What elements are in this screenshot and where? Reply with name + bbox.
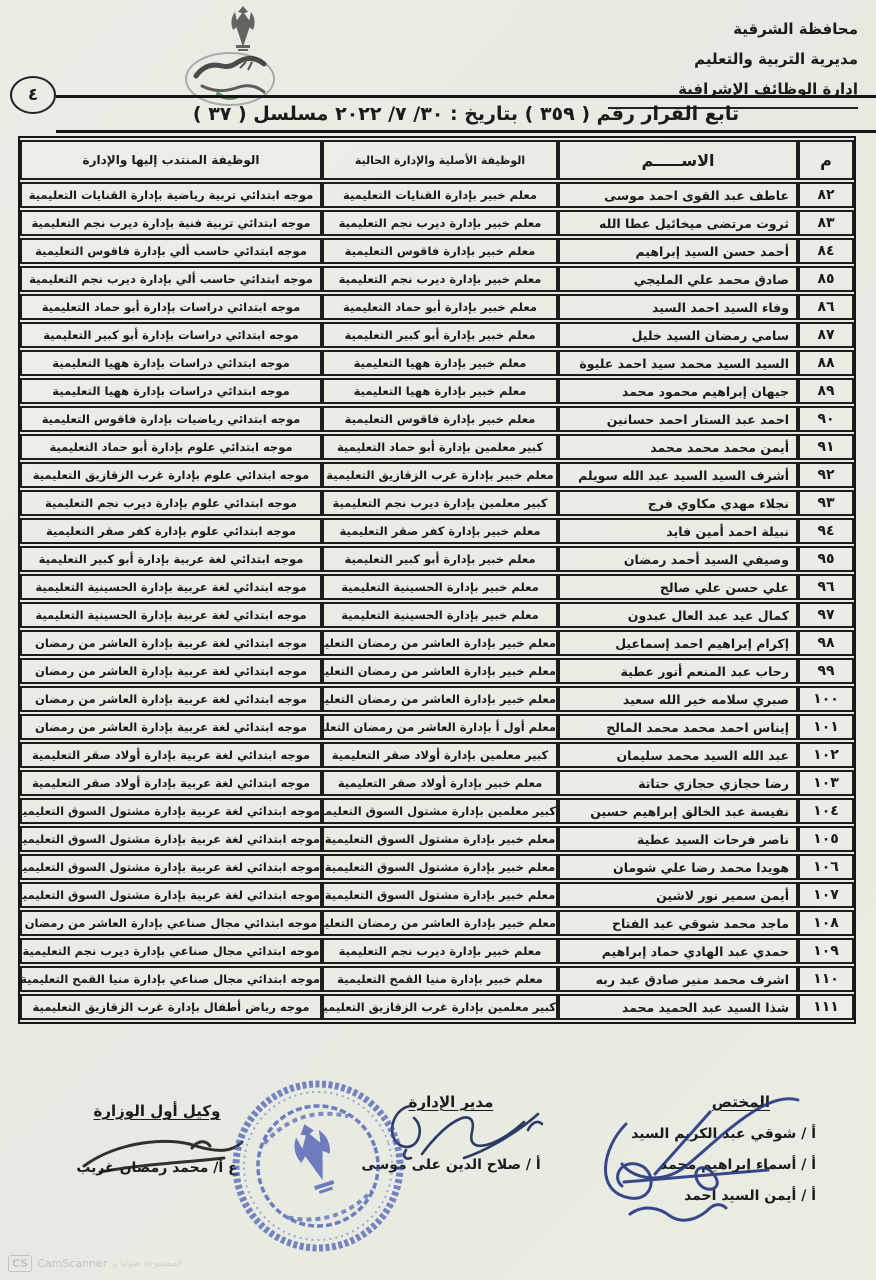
- row-current-job: معلم خبير بإدارة القنايات التعليمية: [322, 182, 558, 208]
- row-name: ثروت مرتضى ميخائيل عطا الله: [558, 210, 798, 236]
- table-row: ٩٥ وصيفي السيد أحمد رمضان معلم خبير بإدا…: [20, 546, 854, 572]
- table-row: ١١٠ اشرف محمد منير صادق عبد ربه معلم خبي…: [20, 966, 854, 992]
- row-number: ٨٩: [798, 378, 854, 404]
- page-number: ٤: [28, 85, 38, 105]
- row-name: إكرام إبراهيم احمد إسماعيل: [558, 630, 798, 656]
- row-number: ١١٠: [798, 966, 854, 992]
- row-seconded-job: موجه ابتدائي لغة عربية بإدارة أولاد صقر …: [20, 770, 322, 796]
- row-seconded-job: موجه ابتدائي لغة عربية بإدارة العاشر من …: [20, 630, 322, 656]
- row-number: ١٠٦: [798, 854, 854, 880]
- row-seconded-job: موجه ابتدائي حاسب ألي بإدارة ديرب نجم ال…: [20, 266, 322, 292]
- row-name: نفيسة عبد الخالق إبراهيم حسين: [558, 798, 798, 824]
- page-number-badge: ٤: [10, 76, 56, 114]
- row-current-job: معلم خبير بإدارة غرب الزقازيق التعليمية: [322, 462, 558, 488]
- row-number: ٩٩: [798, 658, 854, 684]
- column-header-seconded: الوظيفة المنتدب إليها والإدارة: [20, 140, 322, 180]
- row-name: وصيفي السيد أحمد رمضان: [558, 546, 798, 572]
- row-current-job: كبير معلمين بإدارة أولاد صقر التعليمية: [322, 742, 558, 768]
- row-number: ٨٧: [798, 322, 854, 348]
- row-name: جيهان إبراهيم محمود محمد: [558, 378, 798, 404]
- row-number: ٩٢: [798, 462, 854, 488]
- row-number: ١٠٤: [798, 798, 854, 824]
- row-current-job: معلم خبير بإدارة أبو كبير التعليمية: [322, 546, 558, 572]
- row-number: ٩١: [798, 434, 854, 460]
- row-name: وفاء السيد احمد السيد: [558, 294, 798, 320]
- row-current-job: كبير معلمين بإدارة غرب الزقازيق التعليمي…: [322, 994, 558, 1020]
- row-current-job: معلم خبير بإدارة العاشر من رمضان التعليم…: [322, 630, 558, 656]
- row-name: أيمن سمير نور لاشين: [558, 882, 798, 908]
- specialist-title: المختص: [546, 1093, 770, 1111]
- row-number: ٨٤: [798, 238, 854, 264]
- row-name: علي حسن علي صالح: [558, 574, 798, 600]
- row-seconded-job: موجه ابتدائي مجال صناعي بإدارة ديرب نجم …: [20, 938, 322, 964]
- scanner-arabic-label: الممسوحة ضوئيا بـ: [112, 1259, 182, 1269]
- table-row: ١٠١ إيناس احمد محمد محمد المالح معلم أول…: [20, 714, 854, 740]
- row-current-job: معلم خبير بإدارة فاقوس التعليمية: [322, 238, 558, 264]
- secondment-table: م الاســـــم الوظيفة الأصلية والإدارة ال…: [18, 136, 856, 1024]
- row-name: حمدي عبد الهادي حماد إبراهيم: [558, 938, 798, 964]
- row-current-job: كبير معلمين بإدارة ديرب نجم التعليمية: [322, 490, 558, 516]
- org-line-governorate: محافظة الشرقية: [608, 14, 858, 44]
- row-number: ٨٥: [798, 266, 854, 292]
- table-body: ٨٢ عاطف عبد القوى احمد موسى معلم خبير بإ…: [20, 182, 854, 1020]
- row-current-job: معلم خبير بإدارة أبو حماد التعليمية: [322, 294, 558, 320]
- table-row: ١٠٢ عبد الله السيد محمد سليمان كبير معلم…: [20, 742, 854, 768]
- table-row: ١٠٨ ماجد محمد شوقي عبد الفتاح معلم خبير …: [20, 910, 854, 936]
- row-current-job: معلم خبير بإدارة الحسينية التعليمية: [322, 574, 558, 600]
- row-seconded-job: موجه ابتدائي تربية فنية بإدارة ديرب نجم …: [20, 210, 322, 236]
- row-seconded-job: موجه رياض أطفال بإدارة غرب الزقازيق التع…: [20, 994, 322, 1020]
- row-current-job: كبير معلمين بإدارة أبو حماد التعليمية: [322, 434, 558, 460]
- row-current-job: معلم خبير بإدارة منيا القمح التعليمية: [322, 966, 558, 992]
- row-seconded-job: موجه ابتدائي لغة عربية بإدارة مشتول السو…: [20, 882, 322, 908]
- specialist-block: المختص أ / شوقي عبد الكريم السيد أ / أسم…: [546, 1093, 816, 1212]
- row-seconded-job: موجه ابتدائي لغة عربية بإدارة العاشر من …: [20, 658, 322, 684]
- specialist-name-3: أ / أيمن السيد احمد: [546, 1181, 816, 1212]
- table-row: ٨٣ ثروت مرتضى ميخائيل عطا الله معلم خبير…: [20, 210, 854, 236]
- table-row: ٩٢ أشرف السيد السيد عبد الله سويلم معلم …: [20, 462, 854, 488]
- row-current-job: معلم أول أ بإدارة العاشر من رمضان التعلي…: [322, 714, 558, 740]
- table-row: ١٠٣ رضا حجازي حجازي حتاتة معلم خبير بإدا…: [20, 770, 854, 796]
- official-stamp-icon: [228, 1070, 408, 1262]
- column-header-number: م: [798, 140, 854, 180]
- table-row: ١٠٦ هويدا محمد رضا علي شومان معلم خبير ب…: [20, 854, 854, 880]
- row-current-job: معلم خبير بإدارة ديرب نجم التعليمية: [322, 210, 558, 236]
- table-row: ٩٨ إكرام إبراهيم احمد إسماعيل معلم خبير …: [20, 630, 854, 656]
- table-row: ٨٩ جيهان إبراهيم محمود محمد معلم خبير بإ…: [20, 378, 854, 404]
- row-seconded-job: موجه ابتدائي لغة عربية بإدارة أولاد صقر …: [20, 742, 322, 768]
- table-row: ٨٨ السيد السيد محمد سيد احمد عليوة معلم …: [20, 350, 854, 376]
- table-row: ١٠٥ ناصر فرحات السيد عطية معلم خبير بإدا…: [20, 826, 854, 852]
- row-name: إيناس احمد محمد محمد المالح: [558, 714, 798, 740]
- row-number: ٩٦: [798, 574, 854, 600]
- row-number: ١٠٩: [798, 938, 854, 964]
- row-seconded-job: موجه ابتدائي دراسات بإدارة أبو حماد التع…: [20, 294, 322, 320]
- row-name: نبيلة احمد أمين فايد: [558, 518, 798, 544]
- row-name: اشرف محمد منير صادق عبد ربه: [558, 966, 798, 992]
- row-name: أحمد حسن السيد إبراهيم: [558, 238, 798, 264]
- table-row: ٩٧ كمال عيد عبد العال عبدون معلم خبير بإ…: [20, 602, 854, 628]
- row-name: أيمن محمد محمد محمد: [558, 434, 798, 460]
- row-name: نجلاء مهدي مكاوي فرج: [558, 490, 798, 516]
- row-name: كمال عيد عبد العال عبدون: [558, 602, 798, 628]
- row-seconded-job: موجه ابتدائي تربية رياضية بإدارة القنايا…: [20, 182, 322, 208]
- row-number: ١٠٣: [798, 770, 854, 796]
- table-row: ٩٦ علي حسن علي صالح معلم خبير بإدارة الح…: [20, 574, 854, 600]
- row-current-job: معلم خبير بإدارة كفر صقر التعليمية: [322, 518, 558, 544]
- row-seconded-job: موجه ابتدائي مجال صناعي بإدارة العاشر من…: [20, 910, 322, 936]
- decision-title-bar: تابع القرار رقم ( ٣٥٩ ) بتاريخ : ٣٠/ ٧/ …: [56, 95, 876, 133]
- table-row: ٨٤ أحمد حسن السيد إبراهيم معلم خبير بإدا…: [20, 238, 854, 264]
- row-seconded-job: موجه ابتدائي لغة عربية بإدارة العاشر من …: [20, 686, 322, 712]
- row-seconded-job: موجه ابتدائي دراسات بإدارة ههيا التعليمي…: [20, 350, 322, 376]
- column-header-name: الاســـــم: [558, 140, 798, 180]
- row-name: شذا السيد عبد الحميد محمد: [558, 994, 798, 1020]
- column-header-current: الوظيفة الأصلية والإدارة الحالية: [322, 140, 558, 180]
- row-current-job: معلم خبير بإدارة ديرب نجم التعليمية: [322, 266, 558, 292]
- row-current-job: معلم خبير بإدارة الحسينية التعليمية: [322, 602, 558, 628]
- row-seconded-job: موجه ابتدائي لغة عربية بإدارة مشتول السو…: [20, 798, 322, 824]
- table-row: ٨٧ سامي رمضان السيد خليل معلم خبير بإدار…: [20, 322, 854, 348]
- table-header-row: م الاســـــم الوظيفة الأصلية والإدارة ال…: [20, 140, 854, 180]
- row-name: ماجد محمد شوقي عبد الفتاح: [558, 910, 798, 936]
- row-name: السيد السيد محمد سيد احمد عليوة: [558, 350, 798, 376]
- row-name: رحاب عبد المنعم أنور عطية: [558, 658, 798, 684]
- row-name: رضا حجازي حجازي حتاتة: [558, 770, 798, 796]
- table-row: ٩٠ احمد عبد الستار احمد حسانين معلم خبير…: [20, 406, 854, 432]
- row-current-job: معلم خبير بإدارة ديرب نجم التعليمية: [322, 938, 558, 964]
- org-line-directorate: مديرية التربية والتعليم: [608, 44, 858, 74]
- table-row: ١٠٧ أيمن سمير نور لاشين معلم خبير بإدارة…: [20, 882, 854, 908]
- row-seconded-job: موجه ابتدائي علوم بإدارة أبو حماد التعلي…: [20, 434, 322, 460]
- table-row: ٩٩ رحاب عبد المنعم أنور عطية معلم خبير ب…: [20, 658, 854, 684]
- row-seconded-job: موجه ابتدائي لغة عربية بإدارة مشتول السو…: [20, 826, 322, 852]
- row-number: ١٠٠: [798, 686, 854, 712]
- row-number: ١٠٥: [798, 826, 854, 852]
- row-current-job: معلم خبير بإدارة فاقوس التعليمية: [322, 406, 558, 432]
- decision-title: تابع القرار رقم ( ٣٥٩ ) بتاريخ : ٣٠/ ٧/ …: [193, 103, 739, 125]
- row-name: ناصر فرحات السيد عطية: [558, 826, 798, 852]
- row-seconded-job: موجه ابتدائي لغة عربية بإدارة الحسينية ا…: [20, 574, 322, 600]
- row-seconded-job: موجه ابتدائي دراسات بإدارة ههيا التعليمي…: [20, 378, 322, 404]
- row-number: ١٠٢: [798, 742, 854, 768]
- row-number: ١٠١: [798, 714, 854, 740]
- row-current-job: معلم خبير بإدارة ههيا التعليمية: [322, 378, 558, 404]
- row-current-job: معلم خبير بإدارة مشتول السوق التعليمية: [322, 882, 558, 908]
- row-current-job: معلم خبير بإدارة ههيا التعليمية: [322, 350, 558, 376]
- row-number: ١٠٧: [798, 882, 854, 908]
- specialist-name-2: أ / أسماء إبراهيم محمد: [546, 1150, 816, 1181]
- table-row: ١٠٩ حمدي عبد الهادي حماد إبراهيم معلم خب…: [20, 938, 854, 964]
- row-number: ٩٣: [798, 490, 854, 516]
- row-number: ٩٠: [798, 406, 854, 432]
- row-number: ٩٥: [798, 546, 854, 572]
- row-number: ٨٨: [798, 350, 854, 376]
- row-number: ٨٦: [798, 294, 854, 320]
- row-current-job: كبير معلمين بإدارة مشتول السوق التعليمية: [322, 798, 558, 824]
- table-row: ١٠٠ صبري سلامه خير الله سعيد معلم خبير ب…: [20, 686, 854, 712]
- row-seconded-job: موجه ابتدائي حاسب ألي بإدارة فاقوس التعل…: [20, 238, 322, 264]
- row-seconded-job: موجه ابتدائي لغة عربية بإدارة أبو كبير ا…: [20, 546, 322, 572]
- row-seconded-job: موجه ابتدائي علوم بإدارة غرب الزقازيق ال…: [20, 462, 322, 488]
- row-current-job: معلم خبير بإدارة العاشر من رمضان التعليم…: [322, 910, 558, 936]
- table-row: ٨٥ صادق محمد علي المليجي معلم خبير بإدار…: [20, 266, 854, 292]
- table-row: ٨٦ وفاء السيد احمد السيد معلم خبير بإدار…: [20, 294, 854, 320]
- row-number: ٩٧: [798, 602, 854, 628]
- row-number: ١٠٨: [798, 910, 854, 936]
- table-row: ٩٤ نبيلة احمد أمين فايد معلم خبير بإدارة…: [20, 518, 854, 544]
- row-name: عبد الله السيد محمد سليمان: [558, 742, 798, 768]
- scanner-label: CamScanner: [37, 1257, 107, 1270]
- row-seconded-job: موجه ابتدائي دراسات بإدارة أبو كبير التع…: [20, 322, 322, 348]
- row-name: أشرف السيد السيد عبد الله سويلم: [558, 462, 798, 488]
- row-seconded-job: موجه ابتدائي علوم بإدارة كفر صقر التعليم…: [20, 518, 322, 544]
- scanner-watermark: CS CamScanner الممسوحة ضوئيا بـ: [8, 1255, 182, 1272]
- row-seconded-job: موجه ابتدائي مجال صناعي بإدارة منيا القم…: [20, 966, 322, 992]
- row-name: سامي رمضان السيد خليل: [558, 322, 798, 348]
- row-current-job: معلم خبير بإدارة مشتول السوق التعليمية: [322, 854, 558, 880]
- row-name: عاطف عبد القوى احمد موسى: [558, 182, 798, 208]
- row-seconded-job: موجه ابتدائي رياضيات بإدارة فاقوس التعلي…: [20, 406, 322, 432]
- row-seconded-job: موجه ابتدائي علوم بإدارة ديرب نجم التعلي…: [20, 490, 322, 516]
- specialist-name-1: أ / شوقي عبد الكريم السيد: [546, 1119, 816, 1150]
- row-current-job: معلم خبير بإدارة العاشر من رمضان التعليم…: [322, 686, 558, 712]
- row-name: احمد عبد الستار احمد حسانين: [558, 406, 798, 432]
- row-seconded-job: موجه ابتدائي لغة عربية بإدارة العاشر من …: [20, 714, 322, 740]
- table-row: ٨٢ عاطف عبد القوى احمد موسى معلم خبير بإ…: [20, 182, 854, 208]
- scanner-logo-icon: CS: [8, 1255, 32, 1272]
- row-current-job: معلم خبير بإدارة مشتول السوق التعليمية: [322, 826, 558, 852]
- scanned-document-page: محافظة الشرقية مديرية التربية والتعليم إ…: [0, 0, 876, 1280]
- row-number: ٨٢: [798, 182, 854, 208]
- row-number: ٩٨: [798, 630, 854, 656]
- row-number: ١١١: [798, 994, 854, 1020]
- row-current-job: معلم خبير بإدارة العاشر من رمضان التعليم…: [322, 658, 558, 684]
- row-seconded-job: موجه ابتدائي لغة عربية بإدارة مشتول السو…: [20, 854, 322, 880]
- table-row: ٩٣ نجلاء مهدي مكاوي فرج كبير معلمين بإدا…: [20, 490, 854, 516]
- table-row: ١١١ شذا السيد عبد الحميد محمد كبير معلمي…: [20, 994, 854, 1020]
- row-seconded-job: موجه ابتدائي لغة عربية بإدارة الحسينية ا…: [20, 602, 322, 628]
- row-name: هويدا محمد رضا علي شومان: [558, 854, 798, 880]
- row-name: صبري سلامه خير الله سعيد: [558, 686, 798, 712]
- row-number: ٩٤: [798, 518, 854, 544]
- row-name: صادق محمد علي المليجي: [558, 266, 798, 292]
- row-current-job: معلم خبير بإدارة أولاد صقر التعليمية: [322, 770, 558, 796]
- table-row: ٩١ أيمن محمد محمد محمد كبير معلمين بإدار…: [20, 434, 854, 460]
- table-row: ١٠٤ نفيسة عبد الخالق إبراهيم حسين كبير م…: [20, 798, 854, 824]
- row-current-job: معلم خبير بإدارة أبو كبير التعليمية: [322, 322, 558, 348]
- row-number: ٨٣: [798, 210, 854, 236]
